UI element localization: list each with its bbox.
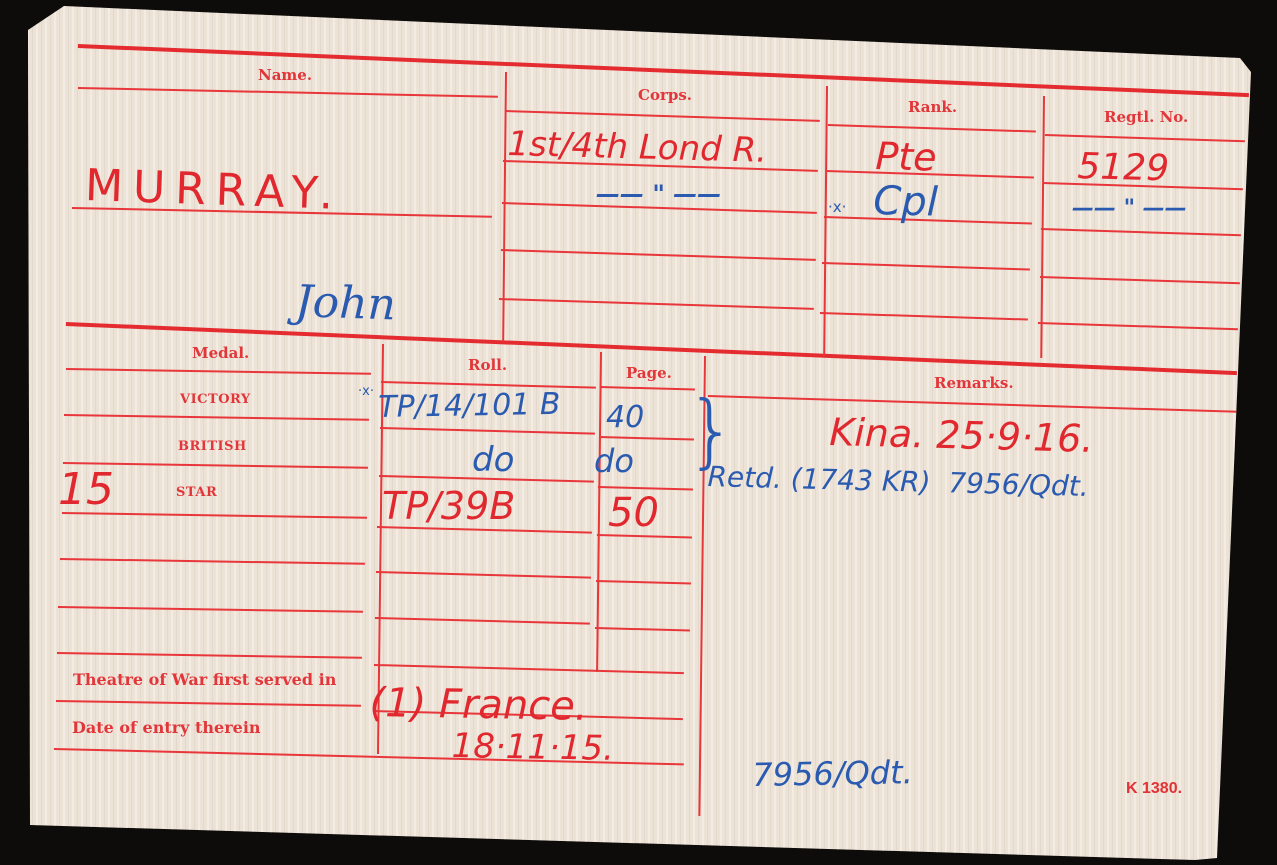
header-roll: Roll.	[468, 356, 507, 374]
victory-roll: TP/14/101 B	[378, 387, 561, 425]
header-rank: Rank.	[908, 98, 957, 116]
medal-label-british: BRITISH	[178, 439, 247, 454]
corps-1: 1st/4th Lond R.	[507, 124, 768, 171]
rule-page-1	[599, 436, 694, 440]
victory-page: 40	[606, 400, 644, 435]
header-regtl-no: Regtl. No.	[1104, 108, 1188, 126]
rule-rank-header	[828, 124, 1036, 133]
rule-theatre	[56, 700, 361, 707]
header-corps: Corps.	[638, 86, 692, 104]
star-prefix: 15	[58, 464, 114, 515]
remarks-footer: 7956/Qdt.	[752, 753, 913, 794]
rule-regtl-header	[1045, 134, 1245, 142]
british-page: do	[594, 442, 634, 480]
rule-medal-header	[66, 368, 371, 375]
rule-medal-6	[57, 652, 362, 659]
rank-mark: ·x·	[828, 198, 846, 216]
theatre-value: (1) France.	[369, 680, 588, 730]
remarks-line2: Retd. (1743 KR) 7956/Qdt.	[707, 460, 1089, 503]
victory-mark: ·x·	[358, 384, 374, 399]
theatre-label: Theatre of War first served in	[73, 670, 336, 689]
col-divider-roll-page	[596, 352, 601, 672]
remarks-line1: Kina. 25·9·16.	[829, 410, 1094, 461]
surname: MURRAY.	[84, 160, 344, 220]
rule-medal-4	[60, 558, 365, 565]
rule-remarks-header	[708, 395, 1238, 413]
rule-corps-4	[499, 298, 814, 310]
rule-roll-6	[374, 664, 684, 674]
rule-medal-5	[58, 606, 363, 613]
rule-roll-4	[376, 571, 591, 579]
rule-medal-1	[64, 414, 369, 421]
corps-ditto: —— " ——	[596, 180, 721, 208]
header-page: Page.	[626, 364, 672, 382]
rule-regtl-4	[1038, 322, 1238, 330]
british-roll: do	[472, 440, 514, 480]
star-roll: TP/39B	[382, 484, 515, 528]
rule-corps-3	[501, 249, 816, 261]
rule-name-header	[78, 87, 498, 98]
medal-index-card: Name. Corps. Rank. Regtl. No. Medal. Rol…	[0, 0, 1277, 865]
rule-page-header	[600, 386, 695, 390]
form-number: K 1380.	[1126, 780, 1182, 798]
rule-rank-4	[820, 312, 1028, 321]
header-remarks: Remarks.	[934, 374, 1014, 392]
medal-label-star: STAR	[176, 485, 217, 500]
rule-page-5	[595, 627, 690, 631]
rule-regtl-2	[1041, 228, 1241, 236]
col-divider-corps-rank	[823, 86, 827, 356]
col-divider-name-corps	[502, 72, 506, 342]
rule-roll-1	[380, 427, 595, 435]
regtl-no-ditto: —— " ——	[1072, 196, 1187, 221]
header-name: Name.	[258, 66, 312, 84]
header-medal: Medal.	[192, 344, 249, 362]
rule-roll-5	[375, 617, 590, 625]
date-entry-label: Date of entry therein	[72, 718, 261, 737]
col-divider-rank-regtl	[1040, 96, 1044, 358]
forename: John	[294, 276, 397, 330]
rank-1: Pte	[875, 134, 937, 180]
medal-label-victory: VICTORY	[180, 392, 251, 407]
regtl-no-1: 5129	[1077, 146, 1170, 189]
rule-regtl-3	[1040, 276, 1240, 284]
rule-rank-3	[822, 262, 1030, 271]
star-page: 50	[608, 490, 659, 536]
rule-page-4	[596, 580, 691, 584]
rank-2: Cpl	[873, 178, 939, 226]
theatre-date: 18·11·15.	[451, 726, 614, 769]
rule-corps-header	[505, 110, 820, 122]
